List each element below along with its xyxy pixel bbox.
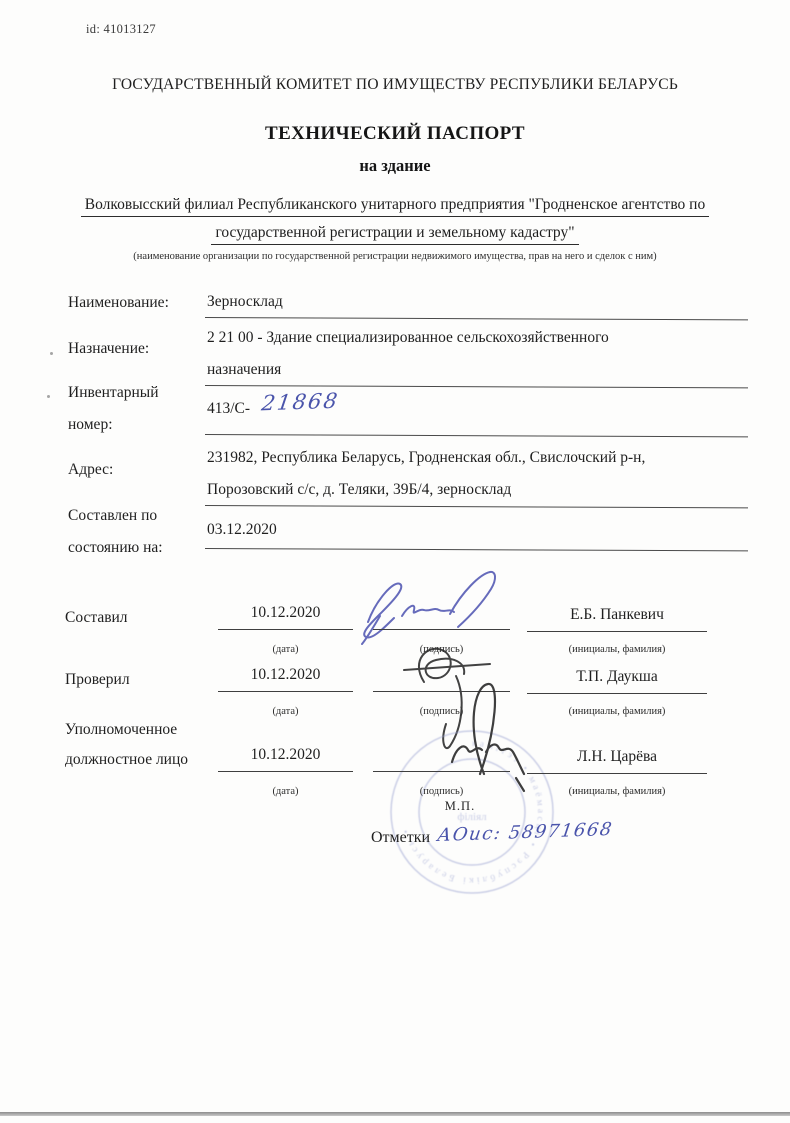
organization-caption: (наименование организации по государстве…: [0, 251, 790, 262]
handwritten-inventory-number: 21868: [260, 389, 341, 416]
field-asof-underline: [205, 548, 748, 551]
document-id: id: 41013127: [86, 22, 156, 37]
field-name-label: Наименование:: [68, 294, 169, 312]
organization-line1-text: Волковысский филиал Республиканского уни…: [81, 196, 709, 217]
page-subtitle: на здание: [0, 156, 790, 176]
field-inventory-value-handwritten: 21868: [262, 390, 339, 414]
sig-row1-name-underline: [527, 631, 707, 632]
scan-artifact-dot: [47, 395, 50, 398]
field-inventory-label-line1: Инвентарный: [68, 384, 159, 402]
field-asof-value: 03.12.2020: [207, 521, 277, 539]
field-address-label: Адрес:: [68, 461, 113, 479]
sig-row2-name: Т.П. Даукша: [527, 668, 707, 686]
field-address-underline: [205, 505, 748, 508]
sig-row3-role-line1: Уполномоченное: [65, 721, 177, 739]
sig-row1-sign-underline: [373, 629, 510, 630]
field-name-underline: [205, 317, 748, 320]
sig-row3-date: 10.12.2020: [218, 746, 353, 764]
committee-header: ГОСУДАРСТВЕННЫЙ КОМИТЕТ ПО ИМУЩЕСТВУ РЕС…: [0, 76, 790, 94]
seal-place-label: М.П.: [430, 799, 490, 814]
field-purpose-underline: [205, 385, 748, 388]
sig-row2-name-caption: (инициалы, фамилия): [527, 706, 707, 717]
sig-row2-date-underline: [218, 691, 353, 692]
page-title: ТЕХНИЧЕСКИЙ ПАСПОРТ: [0, 123, 790, 145]
sig-row3-date-caption: (дата): [218, 786, 353, 797]
sig-row3-date-underline: [218, 771, 353, 772]
sig-row1-name: Е.Б. Панкевич: [527, 606, 707, 624]
sig-row1-date-underline: [218, 629, 353, 630]
field-address-value-line1: 231982, Республика Беларусь, Гродненская…: [207, 449, 645, 467]
field-name-value: Зерносклад: [207, 293, 283, 311]
sig-row2-date: 10.12.2020: [218, 666, 353, 684]
sig-row3-name: Л.Н. Царёва: [527, 748, 707, 766]
field-inventory-underline: [205, 434, 748, 437]
sig-row2-date-caption: (дата): [218, 706, 353, 717]
marks-handwritten-wrap: АОис: 58971668: [438, 822, 612, 843]
field-purpose-value-line2: назначения: [207, 361, 281, 379]
scan-bottom-edge: [0, 1112, 790, 1116]
scan-artifact-dot: [50, 352, 53, 355]
sig-row2-name-underline: [527, 693, 707, 694]
sig-row3-name-caption: (инициалы, фамилия): [527, 786, 707, 797]
sig-row3-sign-caption: (подпись): [373, 786, 510, 797]
field-asof-label-line1: Составлен по: [68, 507, 157, 525]
scanned-document-page: id: 41013127 ГОСУДАРСТВЕННЫЙ КОМИТЕТ ПО …: [0, 0, 790, 1123]
sig-row1-name-caption: (инициалы, фамилия): [527, 644, 707, 655]
sig-row2-role: Проверил: [65, 671, 130, 689]
field-inventory-label-line2: номер:: [68, 416, 113, 434]
organization-line2-text: государственной регистрации и земельному…: [211, 224, 578, 245]
sig-row3-sign-underline: [373, 771, 510, 772]
field-purpose-label: Назначение:: [68, 340, 149, 358]
organization-line2: государственной регистрации и земельному…: [0, 224, 790, 245]
field-inventory-value-printed: 413/С-: [207, 400, 250, 418]
sig-row1-role: Составил: [65, 609, 128, 627]
organization-line1: Волковысский филиал Республиканского уни…: [0, 196, 790, 217]
marks-label: Отметки: [371, 829, 430, 847]
handwritten-marks: АОис: 58971668: [436, 819, 614, 846]
field-asof-label-line2: состоянию на:: [68, 539, 163, 557]
sig-row3-name-underline: [527, 773, 707, 774]
field-purpose-value-line1: 2 21 00 - Здание специализированное сель…: [207, 329, 609, 347]
signature-upolnomochennoe: [418, 678, 548, 803]
sig-row3-role-line2: должностное лицо: [65, 751, 188, 769]
sig-row1-date: 10.12.2020: [218, 604, 353, 622]
sig-row1-date-caption: (дата): [218, 644, 353, 655]
field-address-value-line2: Порозовский с/с, д. Теляки, 39Б/4, зерно…: [207, 481, 511, 499]
